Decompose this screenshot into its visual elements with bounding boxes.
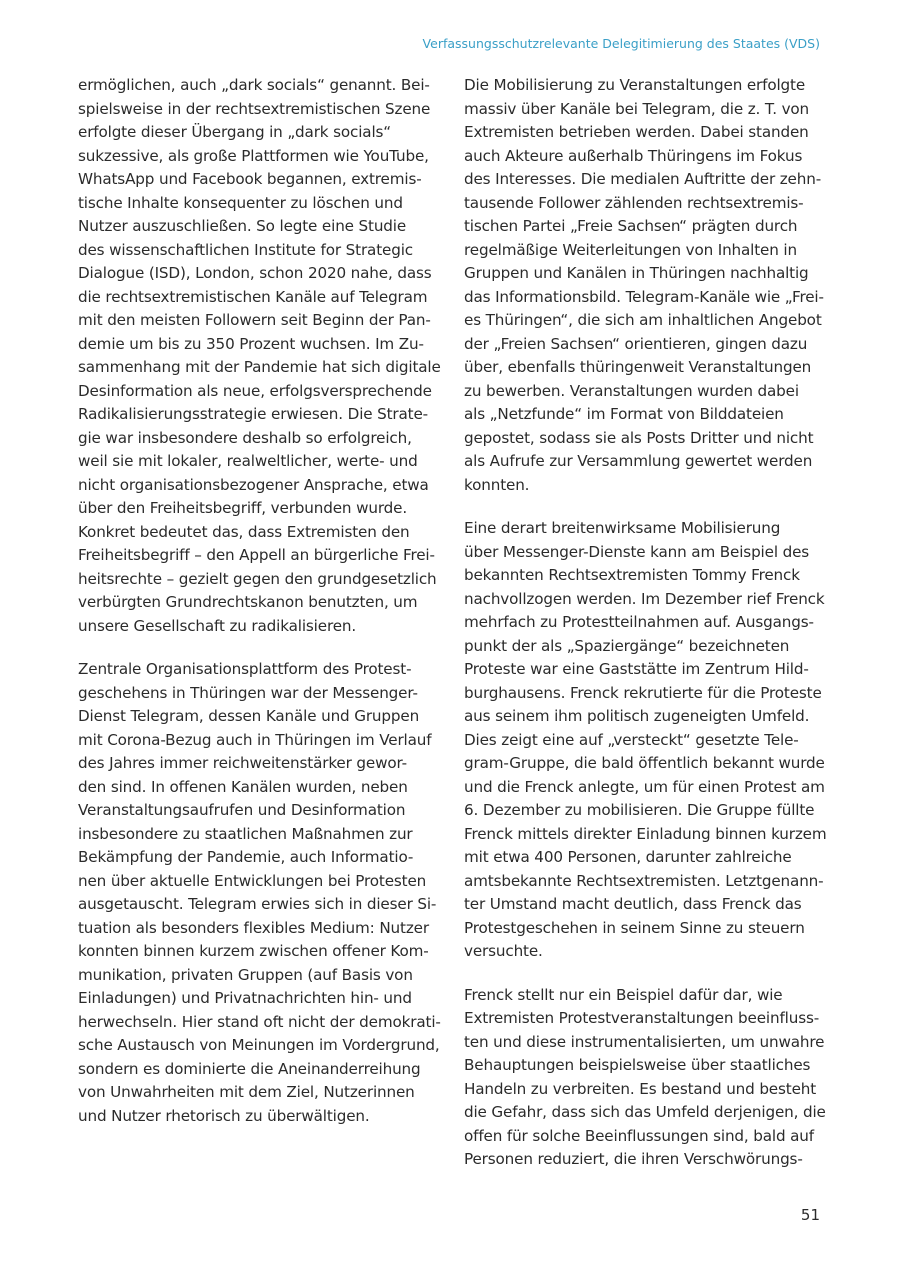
text-line: WhatsApp und Facebook begannen, extremis… (78, 168, 453, 192)
text-line: munikation, privaten Gruppen (auf Basis … (78, 964, 453, 988)
text-line: Zentrale Organisationsplattform des Prot… (78, 658, 453, 682)
text-line: tische Inhalte konsequenter zu löschen u… (78, 192, 453, 216)
text-line: Frenck stellt nur ein Beispiel dafür dar… (464, 984, 839, 1008)
text-line: des Jahres immer reichweitenstärker gewo… (78, 752, 453, 776)
text-line: punkt der als „Spaziergänge“ bezeichnete… (464, 635, 839, 659)
text-line: Einladungen) und Privatnachrichten hin- … (78, 987, 453, 1011)
text-line: nachvollzogen werden. Im Dezember rief F… (464, 588, 839, 612)
text-line: spielsweise in der rechtsextremistischen… (78, 98, 453, 122)
text-line: ter Umstand macht deutlich, dass Frenck … (464, 893, 839, 917)
text-line: Eine derart breitenwirksame Mobilisierun… (464, 517, 839, 541)
text-line: über Messenger-Dienste kann am Beispiel … (464, 541, 839, 565)
text-line: offen für solche Beeinflussungen sind, b… (464, 1125, 839, 1149)
text-line: die Gefahr, dass sich das Umfeld derjeni… (464, 1101, 839, 1125)
text-line: den sind. In offenen Kanälen wurden, neb… (78, 776, 453, 800)
text-line: ermöglichen, auch „dark socials“ genannt… (78, 74, 453, 98)
text-line: auch Akteure außerhalb Thüringens im Fok… (464, 145, 839, 169)
text-line: Protestgeschehen in seinem Sinne zu steu… (464, 917, 839, 941)
text-line: verbürgten Grundrechtskanon benutzten, u… (78, 591, 453, 615)
text-line: zu bewerben. Veranstaltungen wurden dabe… (464, 380, 839, 404)
text-line: sche Austausch von Meinungen im Vordergr… (78, 1034, 453, 1058)
text-line: Dialogue (ISD), London, schon 2020 nahe,… (78, 262, 453, 286)
text-line: unsere Gesellschaft zu radikalisieren. (78, 615, 453, 639)
text-line: heitsrechte – gezielt gegen den grundges… (78, 568, 453, 592)
text-line: bekannten Rechtsextremisten Tommy Frenck (464, 564, 839, 588)
text-line: des Interesses. Die medialen Auftritte d… (464, 168, 839, 192)
text-line: 6. Dezember zu mobilisieren. Die Gruppe … (464, 799, 839, 823)
text-line: versuchte. (464, 940, 839, 964)
text-line: nen über aktuelle Entwicklungen bei Prot… (78, 870, 453, 894)
text-line: Nutzer auszuschließen. So legte eine Stu… (78, 215, 453, 239)
text-line: Frenck mittels direkter Einladung binnen… (464, 823, 839, 847)
text-line: mehrfach zu Protestteilnahmen auf. Ausga… (464, 611, 839, 635)
text-line: gie war insbesondere deshalb so erfolgre… (78, 427, 453, 451)
text-line: Personen reduziert, die ihren Verschwöru… (464, 1148, 839, 1172)
text-line: sammenhang mit der Pandemie hat sich dig… (78, 356, 453, 380)
text-line: massiv über Kanäle bei Telegram, die z. … (464, 98, 839, 122)
text-line: sukzessive, als große Plattformen wie Yo… (78, 145, 453, 169)
text-line: tuation als besonders flexibles Medium: … (78, 917, 453, 941)
text-line: aus seinem ihm politisch zugeneigten Umf… (464, 705, 839, 729)
text-line: von Unwahrheiten mit dem Ziel, Nutzerinn… (78, 1081, 453, 1105)
text-line: regelmäßige Weiterleitungen von Inhalten… (464, 239, 839, 263)
text-line: das Informationsbild. Telegram-Kanäle wi… (464, 286, 839, 310)
text-line: ausgetauscht. Telegram erwies sich in di… (78, 893, 453, 917)
text-line: Proteste war eine Gaststätte im Zentrum … (464, 658, 839, 682)
text-line: demie um bis zu 350 Prozent wuchsen. Im … (78, 333, 453, 357)
text-line: weil sie mit lokaler, realweltlicher, we… (78, 450, 453, 474)
text-line: tischen Partei „Freie Sachsen“ prägten d… (464, 215, 839, 239)
text-line: gepostet, sodass sie als Posts Dritter u… (464, 427, 839, 451)
text-line: Radikalisierungsstrategie erwiesen. Die … (78, 403, 453, 427)
text-line: Dies zeigt eine auf „versteckt“ gesetzte… (464, 729, 839, 753)
text-line: Dienst Telegram, dessen Kanäle und Grupp… (78, 705, 453, 729)
text-line: Extremisten Protestveranstaltungen beein… (464, 1007, 839, 1031)
text-line: und Nutzer rhetorisch zu überwältigen. (78, 1105, 453, 1129)
text-line: Die Mobilisierung zu Veranstaltungen erf… (464, 74, 839, 98)
text-line: ten und diese instrumentalisierten, um u… (464, 1031, 839, 1055)
text-line: erfolgte dieser Übergang in „dark social… (78, 121, 453, 145)
text-line: die rechtsextremistischen Kanäle auf Tel… (78, 286, 453, 310)
text-line: es Thüringen“, die sich am inhaltlichen … (464, 309, 839, 333)
text-line: Behauptungen beispielsweise über staatli… (464, 1054, 839, 1078)
paragraph: Zentrale Organisationsplattform des Prot… (78, 658, 453, 1128)
text-line: sondern es dominierte die Aneinanderreih… (78, 1058, 453, 1082)
text-line: amtsbekannte Rechtsextremisten. Letztgen… (464, 870, 839, 894)
text-line: geschehens in Thüringen war der Messenge… (78, 682, 453, 706)
text-line: der „Freien Sachsen“ orientieren, gingen… (464, 333, 839, 357)
text-line: burghausens. Frenck rekrutierte für die … (464, 682, 839, 706)
text-line: konnten binnen kurzem zwischen offener K… (78, 940, 453, 964)
text-line: Bekämpfung der Pandemie, auch Informatio… (78, 846, 453, 870)
running-header: Verfassungsschutzrelevante Delegitimieru… (423, 36, 820, 51)
text-line: und die Frenck anlegte, um für einen Pro… (464, 776, 839, 800)
right-column: Die Mobilisierung zu Veranstaltungen erf… (464, 74, 839, 1192)
text-line: Freiheitsbegriff – den Appell an bürgerl… (78, 544, 453, 568)
text-line: über, ebenfalls thüringenweit Veranstalt… (464, 356, 839, 380)
text-line: tausende Follower zählenden rechtsextrem… (464, 192, 839, 216)
text-line: mit etwa 400 Personen, darunter zahlreic… (464, 846, 839, 870)
paragraph: Frenck stellt nur ein Beispiel dafür dar… (464, 984, 839, 1172)
text-line: konnten. (464, 474, 839, 498)
text-line: insbesondere zu staatlichen Maßnahmen zu… (78, 823, 453, 847)
text-line: mit Corona-Bezug auch in Thüringen im Ve… (78, 729, 453, 753)
text-line: über den Freiheitsbegriff, verbunden wur… (78, 497, 453, 521)
text-line: Gruppen und Kanälen in Thüringen nachhal… (464, 262, 839, 286)
text-line: Extremisten betrieben werden. Dabei stan… (464, 121, 839, 145)
text-line: Handeln zu verbreiten. Es bestand und be… (464, 1078, 839, 1102)
paragraph: Die Mobilisierung zu Veranstaltungen erf… (464, 74, 839, 497)
text-line: mit den meisten Followern seit Beginn de… (78, 309, 453, 333)
text-line: als „Netzfunde“ im Format von Bilddateie… (464, 403, 839, 427)
text-line: nicht organisationsbezogener Ansprache, … (78, 474, 453, 498)
text-line: gram-Gruppe, die bald öffentlich bekannt… (464, 752, 839, 776)
left-column: ermöglichen, auch „dark socials“ genannt… (78, 74, 453, 1148)
text-line: Konkret bedeutet das, dass Extremisten d… (78, 521, 453, 545)
text-line: Desinformation als neue, erfolgsversprec… (78, 380, 453, 404)
text-line: des wissenschaftlichen Institute for Str… (78, 239, 453, 263)
text-line: als Aufrufe zur Versammlung gewertet wer… (464, 450, 839, 474)
text-line: Veranstaltungsaufrufen und Desinformatio… (78, 799, 453, 823)
paragraph: Eine derart breitenwirksame Mobilisierun… (464, 517, 839, 964)
text-line: herwechseln. Hier stand oft nicht der de… (78, 1011, 453, 1035)
page-number: 51 (801, 1206, 820, 1224)
paragraph: ermöglichen, auch „dark socials“ genannt… (78, 74, 453, 638)
